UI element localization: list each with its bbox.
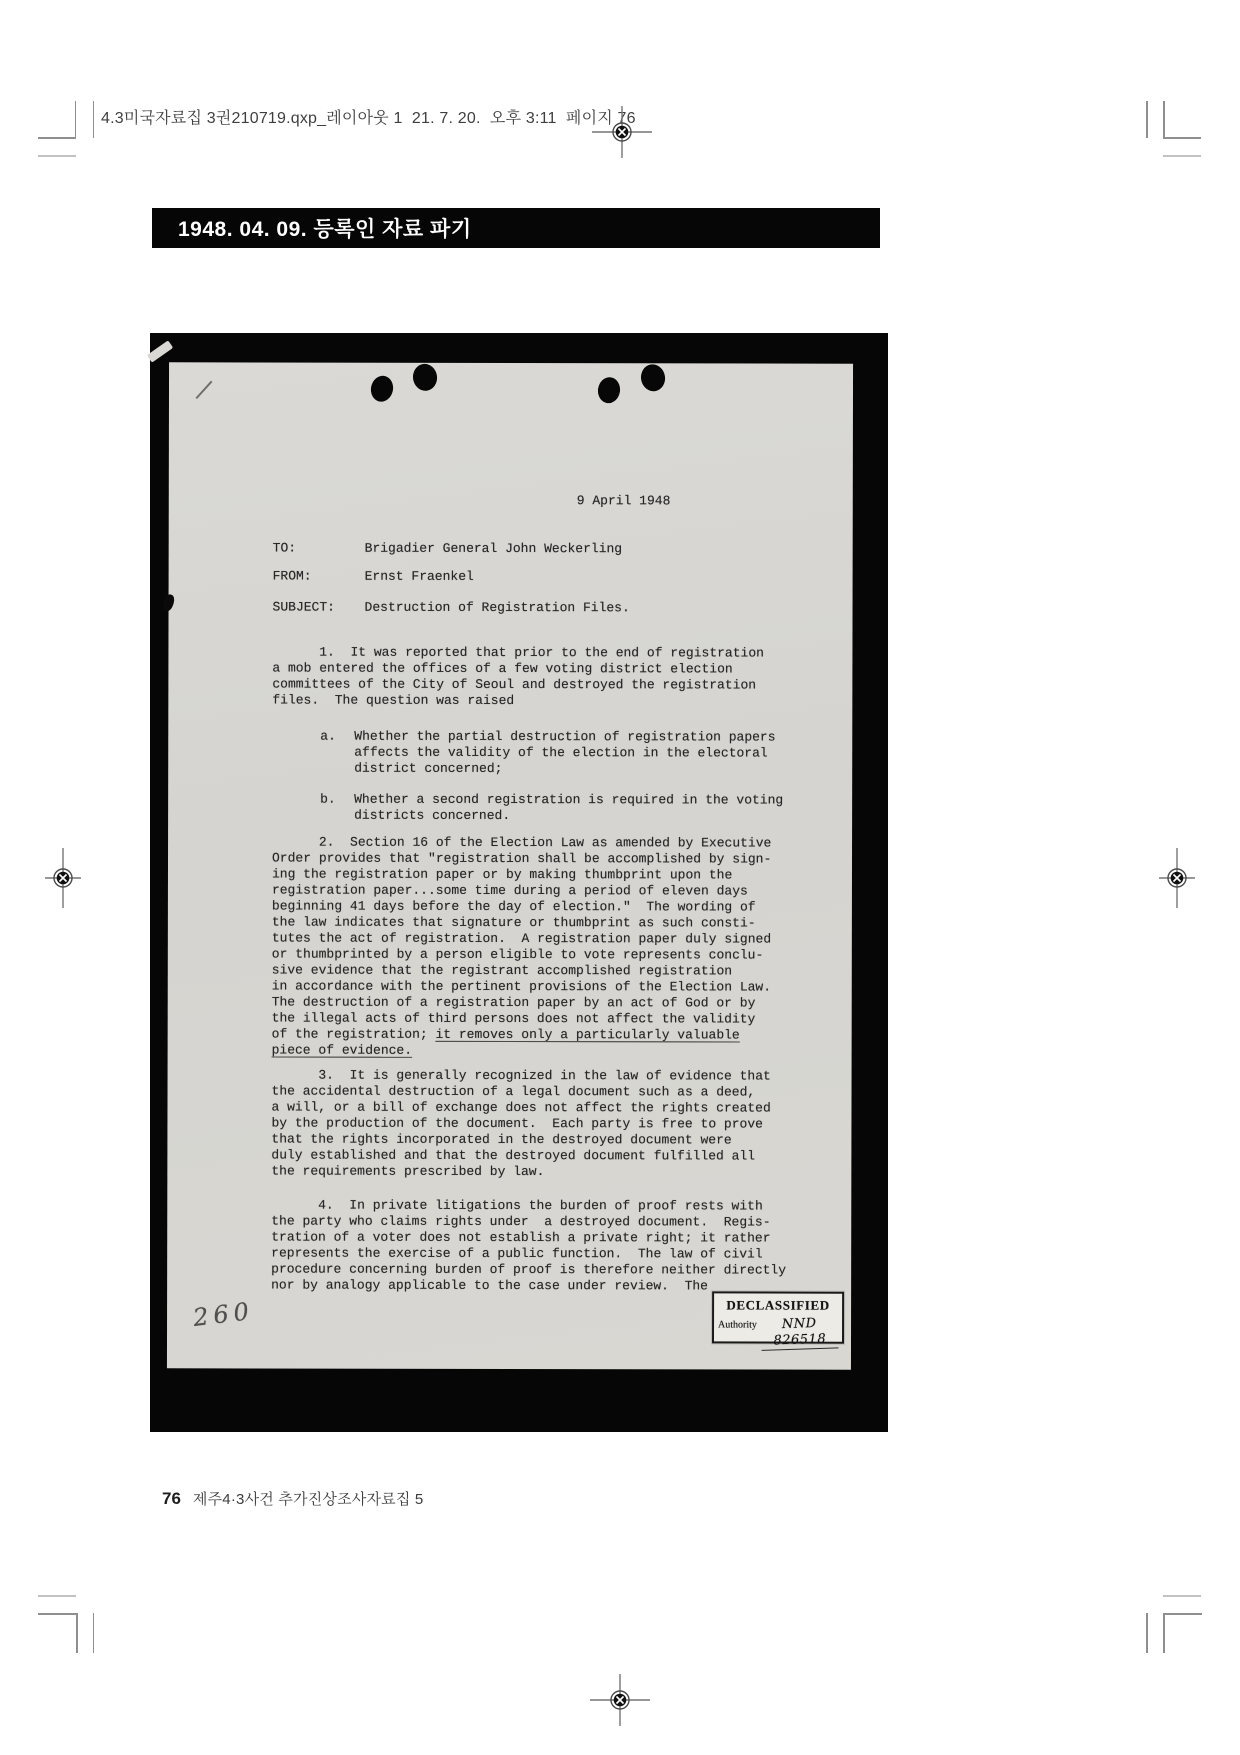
section-banner-title: 1948. 04. 09. 등록인 자료 파기: [178, 213, 472, 243]
list-item-a: a. Whether the partial destruction of re…: [320, 729, 840, 778]
declassified-stamp-title: DECLASSIFIED: [714, 1297, 842, 1313]
item-b-marker: b.: [320, 792, 354, 824]
item-a-marker: a.: [320, 729, 354, 777]
item-b-text: Whether a second registration is require…: [354, 792, 783, 825]
footer-page-number: 76: [162, 1489, 181, 1509]
paragraph-3: 3. It is generally recognized in the law…: [271, 1068, 837, 1181]
memo-to-row: TO: Brigadier General John Weckerling: [273, 541, 622, 558]
paragraph-1: 1. It was reported that prior to the end…: [272, 645, 838, 710]
from-value: Ernst Fraenkel: [365, 569, 474, 585]
to-label: TO:: [273, 541, 365, 557]
scanned-document: 9 April 1948 TO: Brigadier General John …: [150, 333, 888, 1432]
magazine-page: 4.3미국자료집 3권210719.qxp_레이아웃 1 21. 7. 20. …: [0, 0, 1240, 1755]
page-footer: 76 제주4·3사건 추가진상조사자료집 5: [162, 1488, 423, 1509]
memo-date: 9 April 1948: [577, 493, 737, 509]
registration-mark-icon: [1147, 848, 1207, 908]
memo-subject-row: SUBJECT: Destruction of Registration Fil…: [273, 600, 630, 617]
registration-mark-icon: [33, 848, 93, 908]
registration-mark-icon: [592, 102, 652, 162]
paragraph-2-text: 2. Section 16 of the Election Law as ame…: [272, 835, 772, 1042]
memo-paper: 9 April 1948 TO: Brigadier General John …: [167, 362, 853, 1369]
memo-body: 9 April 1948 TO: Brigadier General John …: [167, 362, 853, 1369]
print-slug-line: 4.3미국자료집 3권210719.qxp_레이아웃 1 21. 7. 20. …: [101, 105, 636, 128]
from-label: FROM:: [273, 569, 365, 585]
memo-from-row: FROM: Ernst Fraenkel: [273, 569, 474, 585]
handwritten-number: 260: [192, 1303, 254, 1326]
paragraph-4: 4. In private litigations the burden of …: [271, 1198, 837, 1295]
footer-book-title: 제주4·3사건 추가진상조사자료집 5: [193, 1488, 424, 1509]
paragraph-2: 2. Section 16 of the Election Law as ame…: [272, 835, 838, 1060]
item-a-text: Whether the partial destruction of regis…: [354, 729, 775, 778]
section-banner: 1948. 04. 09. 등록인 자료 파기: [152, 208, 880, 248]
scan-scuff-mark: [147, 340, 173, 362]
subject-value: Destruction of Registration Files.: [365, 600, 630, 617]
declassified-stamp: DECLASSIFIED Authority NND 826518: [712, 1291, 844, 1343]
to-value: Brigadier General John Weckerling: [365, 541, 622, 558]
registration-mark-icon: [590, 1670, 650, 1730]
list-item-b: b. Whether a second registration is requ…: [320, 792, 840, 825]
subject-label: SUBJECT:: [273, 600, 365, 616]
stamp-authority-number: NND 826518: [760, 1315, 838, 1351]
stamp-authority-label: Authority: [718, 1317, 757, 1333]
